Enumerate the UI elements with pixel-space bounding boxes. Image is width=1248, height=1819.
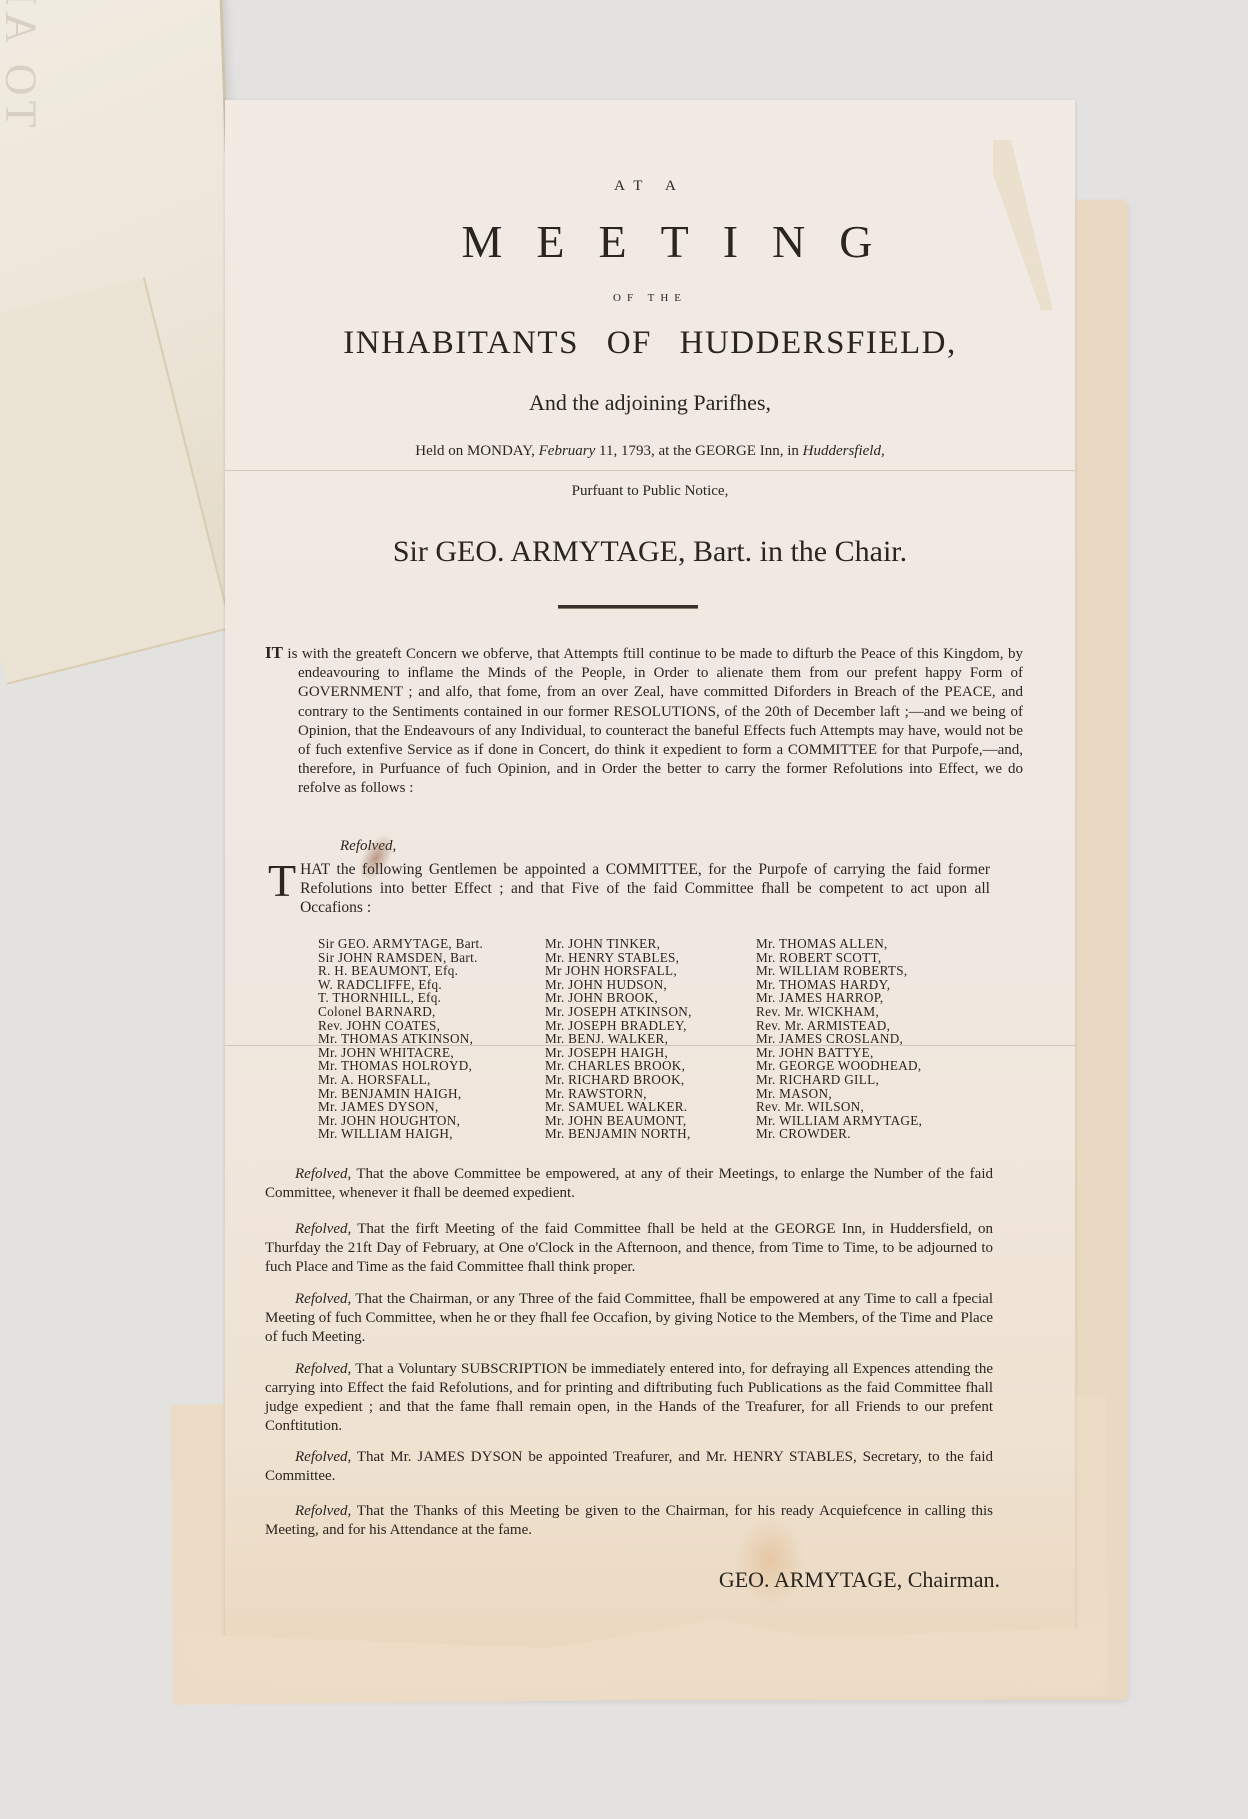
header-of-the: OF THE [225,292,1075,304]
committee-resolution-text: HAT the following Gentlemen be appointed… [300,861,990,916]
header-chair: Sir GEO. ARMYTAGE, Bart. in the Chair. [225,535,1075,569]
header-at-a: AT A [225,178,1075,195]
committee-member: Mr. RICHARD BROOK, [545,1073,692,1087]
committee-member: Mr. GEORGE WOODHEAD, [756,1059,922,1073]
committee-member: Mr. RAWSTORN, [545,1087,692,1101]
resolution-5: Refolved, That Mr. JAMES DYSON be appoin… [265,1448,993,1486]
committee-member: Mr. JOHN HUDSON, [545,978,692,992]
committee-member: Mr. CHARLES BROOK, [545,1059,692,1073]
committee-member: Mr. JAMES DYSON, [318,1100,483,1114]
ornamental-rule [558,605,698,609]
committee-member: Mr. WILLIAM HAIGH, [318,1127,483,1141]
resolution-label: Refolved, [295,1503,351,1519]
committee-member: Rev. Mr. WILSON, [756,1100,922,1114]
committee-member: Mr. JOHN BROOK, [545,991,692,1005]
committee-member: Mr. JOHN BEAUMONT, [545,1114,692,1128]
committee-member: W. RADCLIFFE, Efq. [318,978,483,992]
committee-member: Mr. JAMES CROSLAND, [756,1032,922,1046]
resolution-1: Refolved, That the above Committee be em… [265,1165,993,1203]
committee-member: Mr. JOHN HOUGHTON, [318,1114,483,1128]
committee-member: Mr. JOHN WHITACRE, [318,1046,483,1060]
held-date: 11, 1793, at the GEORGE Inn, in [599,443,799,459]
committee-member: Mr. JAMES HARROP, [756,991,922,1005]
resolution-text: That Mr. JAMES DYSON be appointed Treafu… [265,1449,993,1484]
committee-member: Mr. BENJAMIN NORTH, [545,1127,692,1141]
committee-resolution: T HAT the following Gentlemen be appoint… [268,860,990,918]
header-pursuant: Purfuant to Public Notice, [225,483,1075,500]
committee-member: Mr. THOMAS HOLROYD, [318,1059,483,1073]
committee-member: Mr. BENJAMIN HAIGH, [318,1087,483,1101]
resolution-label: Refolved, [295,1166,351,1182]
committee-member: Mr. HENRY STABLES, [545,951,692,965]
committee-member: Mr. JOSEPH BRADLEY, [545,1019,692,1033]
committee-member: Mr. JOSEPH HAIGH, [545,1046,692,1060]
committee-member: Mr JOHN HORSFALL, [545,964,692,978]
committee-column-1: Sir GEO. ARMYTAGE, Bart. Sir JOHN RAMSDE… [318,937,483,1141]
header-held-line: Held on MONDAY, February 11, 1793, at th… [225,443,1075,460]
committee-member: R. H. BEAUMONT, Efq. [318,964,483,978]
committee-member: T. THORNHILL, Efq. [318,991,483,1005]
committee-member: Mr. WILLIAM ROBERTS, [756,964,922,978]
resolution-text: That the firft Meeting of the faid Commi… [265,1221,993,1275]
committee-member: Mr. SAMUEL WALKER. [545,1100,692,1114]
committee-member: Rev. JOHN COATES, [318,1019,483,1033]
committee-member: Mr. THOMAS ALLEN, [756,937,922,951]
booklet-show-through-text: TO AD [0,0,47,128]
resolution-label: Refolved, [295,1221,351,1237]
committee-member: Mr. A. HORSFALL, [318,1073,483,1087]
resolution-text: That the above Committee be empowered, a… [265,1166,993,1201]
committee-column-2: Mr. JOHN TINKER, Mr. HENRY STABLES, Mr J… [545,937,692,1141]
resolution-2: Refolved, That the firft Meeting of the … [265,1220,993,1277]
committee-member: Mr. JOHN TINKER, [545,937,692,951]
committee-member: Mr. THOMAS HARDY, [756,978,922,992]
held-place: Huddersfield, [803,443,885,459]
resolution-text: That the Chairman, or any Three of the f… [265,1291,993,1345]
resolution-text: That a Voluntary SUBSCRIPTION be immedia… [265,1361,993,1434]
intro-lead: IT [265,643,283,662]
resolution-label: Refolved, [295,1291,351,1307]
header-inhabitants: INHABITANTS OF HUDDERSFIELD, [225,325,1075,362]
committee-column-3: Mr. THOMAS ALLEN, Mr. ROBERT SCOTT, Mr. … [756,937,922,1141]
resolution-3: Refolved, That the Chairman, or any Thre… [265,1290,993,1347]
intro-paragraph: IT is with the greateft Concern we obfer… [265,643,1023,799]
committee-member: Mr. THOMAS ATKINSON, [318,1032,483,1046]
committee-member: Mr. JOHN BATTYE, [756,1046,922,1060]
dropcap: T [268,862,296,900]
chairman-signature: GEO. ARMYTAGE, Chairman. [620,1567,1000,1593]
committee-member: Mr. MASON, [756,1087,922,1101]
held-prefix: Held on MONDAY, [415,443,535,459]
committee-member: Mr. CROWDER. [756,1127,922,1141]
committee-member: Sir GEO. ARMYTAGE, Bart. [318,937,483,951]
committee-member: Mr. ROBERT SCOTT, [756,951,922,965]
header-meeting: MEETING [225,215,1109,268]
committee-member: Mr. WILLIAM ARMYTAGE, [756,1114,922,1128]
resolution-label: Refolved, [295,1449,351,1465]
intro-text: is with the greateft Concern we obferve,… [287,646,1023,796]
committee-member: Mr. JOSEPH ATKINSON, [545,1005,692,1019]
held-month: February [539,443,596,459]
resolution-text: That the Thanks of this Meeting be given… [265,1503,993,1538]
committee-member: Mr. BENJ. WALKER, [545,1032,692,1046]
committee-member: Mr. RICHARD GILL, [756,1073,922,1087]
committee-member: Colonel BARNARD, [318,1005,483,1019]
resolution-6: Refolved, That the Thanks of this Meetin… [265,1502,993,1540]
header-adjoining: And the adjoining Parifhes, [225,390,1075,416]
committee-member: Rev. Mr. ARMISTEAD, [756,1019,922,1033]
committee-member: Rev. Mr. WICKHAM, [756,1005,922,1019]
committee-member: Sir JOHN RAMSDEN, Bart. [318,951,483,965]
resolution-label: Refolved, [295,1361,351,1377]
fold-crease [225,470,1075,471]
resolution-4: Refolved, That a Voluntary SUBSCRIPTION … [265,1360,993,1436]
